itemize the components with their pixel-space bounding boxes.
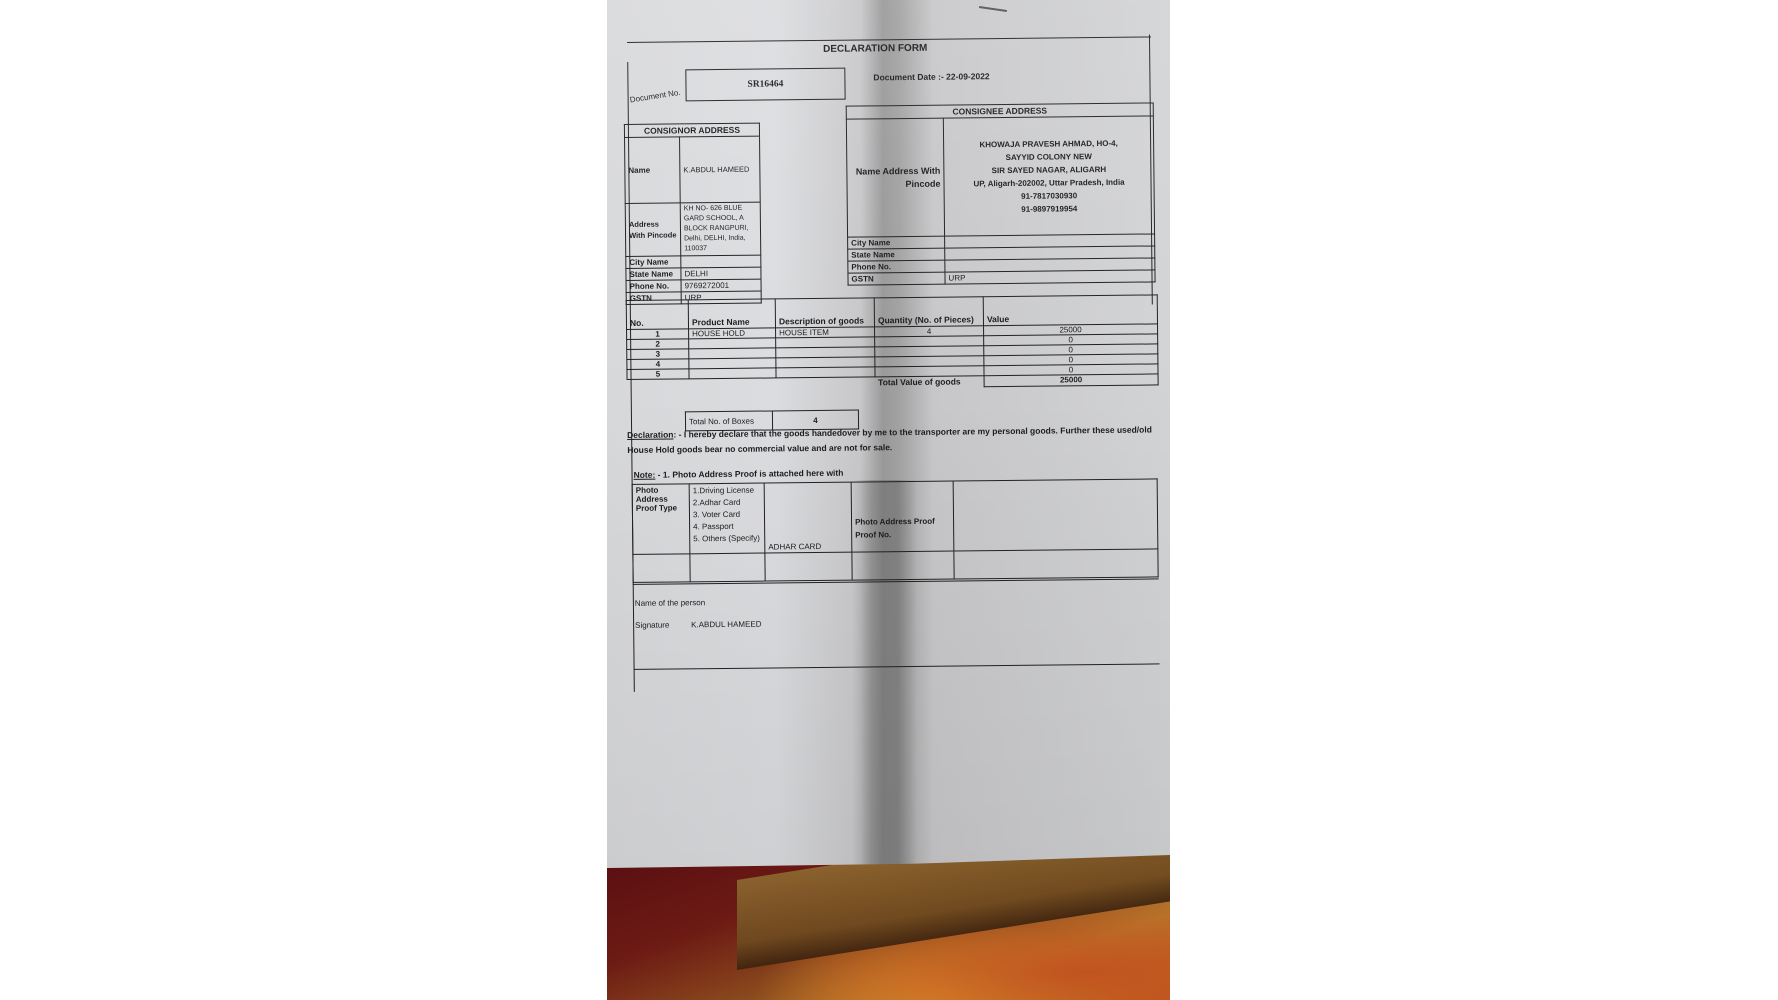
col-value: Value	[983, 295, 1157, 326]
total-boxes-table: Total No. of Boxes 4	[685, 410, 859, 432]
row-no: 1	[627, 329, 689, 340]
declaration: Declaration: - I hereby declare that the…	[627, 422, 1157, 458]
row-no: 3	[627, 349, 689, 360]
consignor-gstn: URP	[681, 291, 761, 304]
row-quantity	[875, 366, 984, 377]
row-quantity: 4	[875, 326, 984, 337]
proof-empty-cell	[633, 554, 690, 583]
paper-sheet: DECLARATION FORM Document No. SR16464 Do…	[607, 0, 1170, 868]
row-quantity	[875, 356, 984, 367]
row-product	[689, 348, 776, 359]
col-description: Description of goods	[775, 298, 874, 328]
consignor-city	[681, 255, 761, 268]
goods-section: No. Product Name Description of goods Qu…	[626, 294, 1159, 390]
goods-table: No. Product Name Description of goods Qu…	[626, 294, 1159, 390]
row-quantity	[875, 346, 984, 357]
consignee-header: CONSIGNEE ADDRESS	[846, 103, 1153, 119]
consignor-phone-label: Phone No.	[626, 280, 681, 293]
consignee-section: CONSIGNEE ADDRESS Name Address With Pinc…	[846, 102, 1156, 285]
consignor-table: CONSIGNOR ADDRESS Name K.ABDUL HAMEED Ad…	[624, 123, 762, 305]
consignee-gstn-label: GSTN	[848, 272, 945, 285]
document-no-value: SR16464	[747, 79, 783, 89]
row-value: 0	[984, 334, 1158, 346]
declaration-form: DECLARATION FORM Document No. SR16464 Do…	[623, 34, 1160, 695]
consignor-name: K.ABDUL HAMEED	[680, 136, 761, 203]
consignor-header: CONSIGNOR ADDRESS	[624, 123, 759, 137]
note: Note: - 1. Photo Address Proof is attach…	[634, 468, 844, 480]
document-photo: DECLARATION FORM Document No. SR16464 Do…	[607, 0, 1170, 1000]
signature-value: K.ABDUL HAMEED	[691, 620, 761, 630]
signature-area	[633, 578, 1160, 670]
proof-option: 5. Others (Specify)	[693, 533, 761, 546]
row-description	[776, 347, 875, 358]
consignee-state-label: State Name	[848, 248, 945, 261]
form-title: DECLARATION FORM	[823, 43, 927, 55]
consignee-address-line: SIR SAYED NAGAR, ALIGARH	[947, 162, 1150, 177]
row-no: 2	[627, 339, 689, 350]
consignor-phone: 9769272001	[681, 279, 761, 292]
shadow	[852, 480, 917, 870]
total-value: 25000	[984, 374, 1158, 386]
col-quantity: Quantity (No. of Pieces)	[874, 297, 983, 327]
total-boxes: Total No. of Boxes 4	[685, 410, 859, 432]
form-border-top	[627, 36, 1151, 42]
goods-header-row: No. Product Name Description of goods Qu…	[626, 295, 1157, 330]
consignee-gstn: URP	[945, 270, 1155, 284]
proof-empty-cell	[852, 551, 954, 580]
row-product: HOUSE HOLD	[689, 328, 776, 339]
proof-option: 4. Passport	[693, 521, 761, 534]
consignee-phone	[945, 258, 1155, 272]
person-name-label: Name of the person	[635, 598, 705, 608]
proof-type-options: 1.Driving License 2.Adhar Card 3. Voter …	[689, 483, 765, 554]
proof-number	[953, 479, 1158, 551]
table-row: 1 HOUSE HOLD HOUSE ITEM 4 25000	[627, 324, 1158, 340]
photo-proof-section: Photo Address Proof Type 1.Driving Licen…	[632, 478, 1159, 583]
consignee-city-label: City Name	[848, 236, 945, 249]
total-row: Total Value of goods 25000	[627, 374, 1158, 390]
form-border-left	[627, 62, 635, 692]
consignee-phone-2: 91-9897919954	[948, 201, 1151, 216]
proof-option: 3. Voter Card	[693, 509, 761, 522]
signature-label: Signature	[635, 621, 669, 630]
proof-type-selected: ADHAR CARD	[764, 482, 852, 553]
row-description: HOUSE ITEM	[776, 327, 875, 338]
declaration-label: Declaration	[627, 429, 673, 439]
consignee-city	[945, 234, 1155, 248]
row-no: 5	[627, 369, 689, 380]
table-row: 3 0	[627, 344, 1158, 360]
declaration-text: : - I hereby declare that the goods hand…	[627, 424, 1152, 454]
table-row: 5 0	[627, 364, 1158, 380]
total-boxes-label: Total No. of Boxes	[685, 411, 772, 431]
proof-empty-cell	[765, 552, 852, 581]
note-label: Note:	[634, 470, 656, 480]
consignor-section: CONSIGNOR ADDRESS Name K.ABDUL HAMEED Ad…	[624, 123, 762, 305]
row-description	[776, 337, 875, 348]
proof-type-label: Photo Address Proof Type	[632, 484, 690, 555]
row-value: 0	[984, 344, 1158, 356]
col-no: No.	[626, 300, 688, 330]
consignor-address-label: Address With Pincode	[625, 203, 681, 257]
photo-proof-table: Photo Address Proof Type 1.Driving Licen…	[632, 478, 1159, 583]
row-description	[776, 367, 875, 378]
total-boxes-value: 4	[772, 410, 858, 430]
row-description	[776, 357, 875, 368]
row-value: 0	[984, 364, 1158, 376]
consignor-name-label: Name	[625, 137, 681, 204]
proof-option: 1.Driving License	[693, 485, 761, 498]
proof-number-label: Photo Address Proof Proof No.	[851, 481, 954, 552]
row-product	[689, 338, 776, 349]
col-product-name: Product Name	[688, 299, 775, 329]
row-value: 0	[984, 354, 1158, 366]
consignee-state	[945, 246, 1155, 260]
total-value-label: Total Value of goods	[875, 376, 984, 388]
consignee-address-line: KHOWAJA PRAVESH AHMAD, HO-4,	[947, 136, 1150, 151]
row-product	[689, 358, 776, 369]
consignee-address-line: SAYYID COLONY NEW	[947, 149, 1150, 164]
row-quantity	[875, 336, 984, 347]
consignee-address-line: UP, Aligarh-202002, Uttar Pradesh, India	[947, 175, 1150, 190]
document-date: Document Date :- 22-09-2022	[873, 71, 989, 82]
consignee-address: KHOWAJA PRAVESH AHMAD, HO-4, SAYYID COLO…	[943, 116, 1154, 236]
consignor-city-label: City Name	[626, 256, 681, 269]
consignee-table: CONSIGNEE ADDRESS Name Address With Pinc…	[846, 102, 1156, 285]
consignor-state: DELHI	[681, 267, 761, 280]
row-product	[689, 368, 776, 379]
consignor-gstn-label: GSTN	[626, 292, 681, 305]
consignee-phone-1: 91-7817030930	[948, 188, 1151, 203]
document-date-label: Document Date :-	[873, 72, 943, 83]
consignee-phone-label: Phone No.	[848, 260, 945, 273]
document-no-field: SR16464	[685, 68, 845, 102]
proof-empty-cell	[954, 549, 1158, 579]
document-date-value: 22-09-2022	[946, 71, 990, 81]
consignor-state-label: State Name	[626, 268, 681, 281]
form-border-right	[1149, 34, 1153, 304]
proof-empty-cell	[690, 553, 765, 582]
proof-option: 2.Adhar Card	[693, 497, 761, 510]
note-text: - 1. Photo Address Proof is attached her…	[655, 468, 843, 480]
table-row: 2 0	[627, 334, 1158, 350]
row-no: 4	[627, 359, 689, 370]
pen-mark	[979, 6, 1007, 12]
consignor-address: KH NO- 626 BLUE GARD SCHOOL, A BLOCK RAN…	[680, 202, 761, 256]
table-row: 4 0	[627, 354, 1158, 370]
consignee-name-address-label: Name Address With Pincode	[846, 118, 944, 237]
row-value: 25000	[984, 324, 1158, 336]
document-no-label: Document No.	[629, 88, 681, 105]
